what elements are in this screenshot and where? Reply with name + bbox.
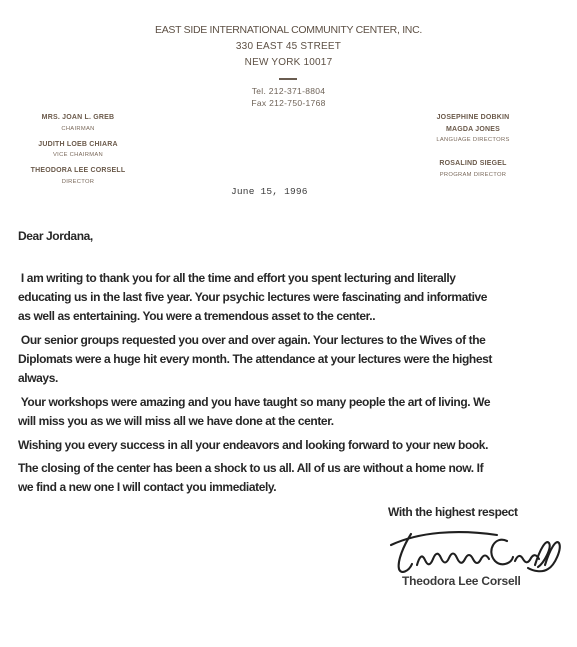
officer-name: JUDITH LOEB CHIARA <box>8 139 148 151</box>
officer-name: JOSEPHINE DOBKIN <box>403 112 543 124</box>
officer-name: THEODORA LEE CORSELL <box>8 165 148 177</box>
letter-date: June 15, 1996 <box>231 186 308 197</box>
signature-handwriting <box>385 527 563 575</box>
salutation: Dear Jordana, <box>18 227 93 246</box>
body-paragraph-2: Our senior groups requested you over and… <box>18 331 492 388</box>
letterhead-divider <box>279 78 297 80</box>
body-paragraph-1: I am writing to thank you for all the ti… <box>18 269 487 326</box>
body-paragraph-5: The closing of the center has been a sho… <box>18 459 483 497</box>
body-paragraph-3: Your workshops were amazing and you have… <box>18 393 490 431</box>
officer-title: DIRECTOR <box>8 177 148 188</box>
officer-group: JOSEPHINE DOBKIN MAGDA JONES LANGUAGE DI… <box>403 112 543 146</box>
org-name: EAST SIDE INTERNATIONAL COMMUNITY CENTER… <box>0 24 577 36</box>
officer-name: ROSALIND SIEGEL <box>403 158 543 170</box>
officer-title: VICE CHAIRMAN <box>8 150 148 161</box>
officer-title: CHAIRMAN <box>8 124 148 135</box>
org-address-street: 330 EAST 45 STREET <box>0 41 577 52</box>
officers-right-column: JOSEPHINE DOBKIN MAGDA JONES LANGUAGE DI… <box>403 112 543 185</box>
officer-group: ROSALIND SIEGEL PROGRAM DIRECTOR <box>403 158 543 181</box>
officers-left-column: MRS. JOAN L. GREB CHAIRMAN JUDITH LOEB C… <box>8 112 148 192</box>
officer-name: MRS. JOAN L. GREB <box>8 112 148 124</box>
officer-title: LANGUAGE DIRECTORS <box>403 135 543 146</box>
officer-name: MAGDA JONES <box>403 124 543 136</box>
letter-page: EAST SIDE INTERNATIONAL COMMUNITY CENTER… <box>0 0 577 647</box>
officer-group: JUDITH LOEB CHIARA VICE CHAIRMAN <box>8 139 148 162</box>
org-fax: Fax 212-750-1768 <box>0 98 577 108</box>
signer-typed-name: Theodora Lee Corsell <box>402 574 521 588</box>
valediction: With the highest respect <box>388 503 518 522</box>
officer-group: MRS. JOAN L. GREB CHAIRMAN <box>8 112 148 135</box>
org-phone: Tel. 212-371-8804 <box>0 86 577 96</box>
officer-title: PROGRAM DIRECTOR <box>403 170 543 181</box>
body-paragraph-4: Wishing you every success in all your en… <box>18 436 488 455</box>
org-address-city: NEW YORK 10017 <box>0 57 577 68</box>
officer-group: THEODORA LEE CORSELL DIRECTOR <box>8 165 148 188</box>
